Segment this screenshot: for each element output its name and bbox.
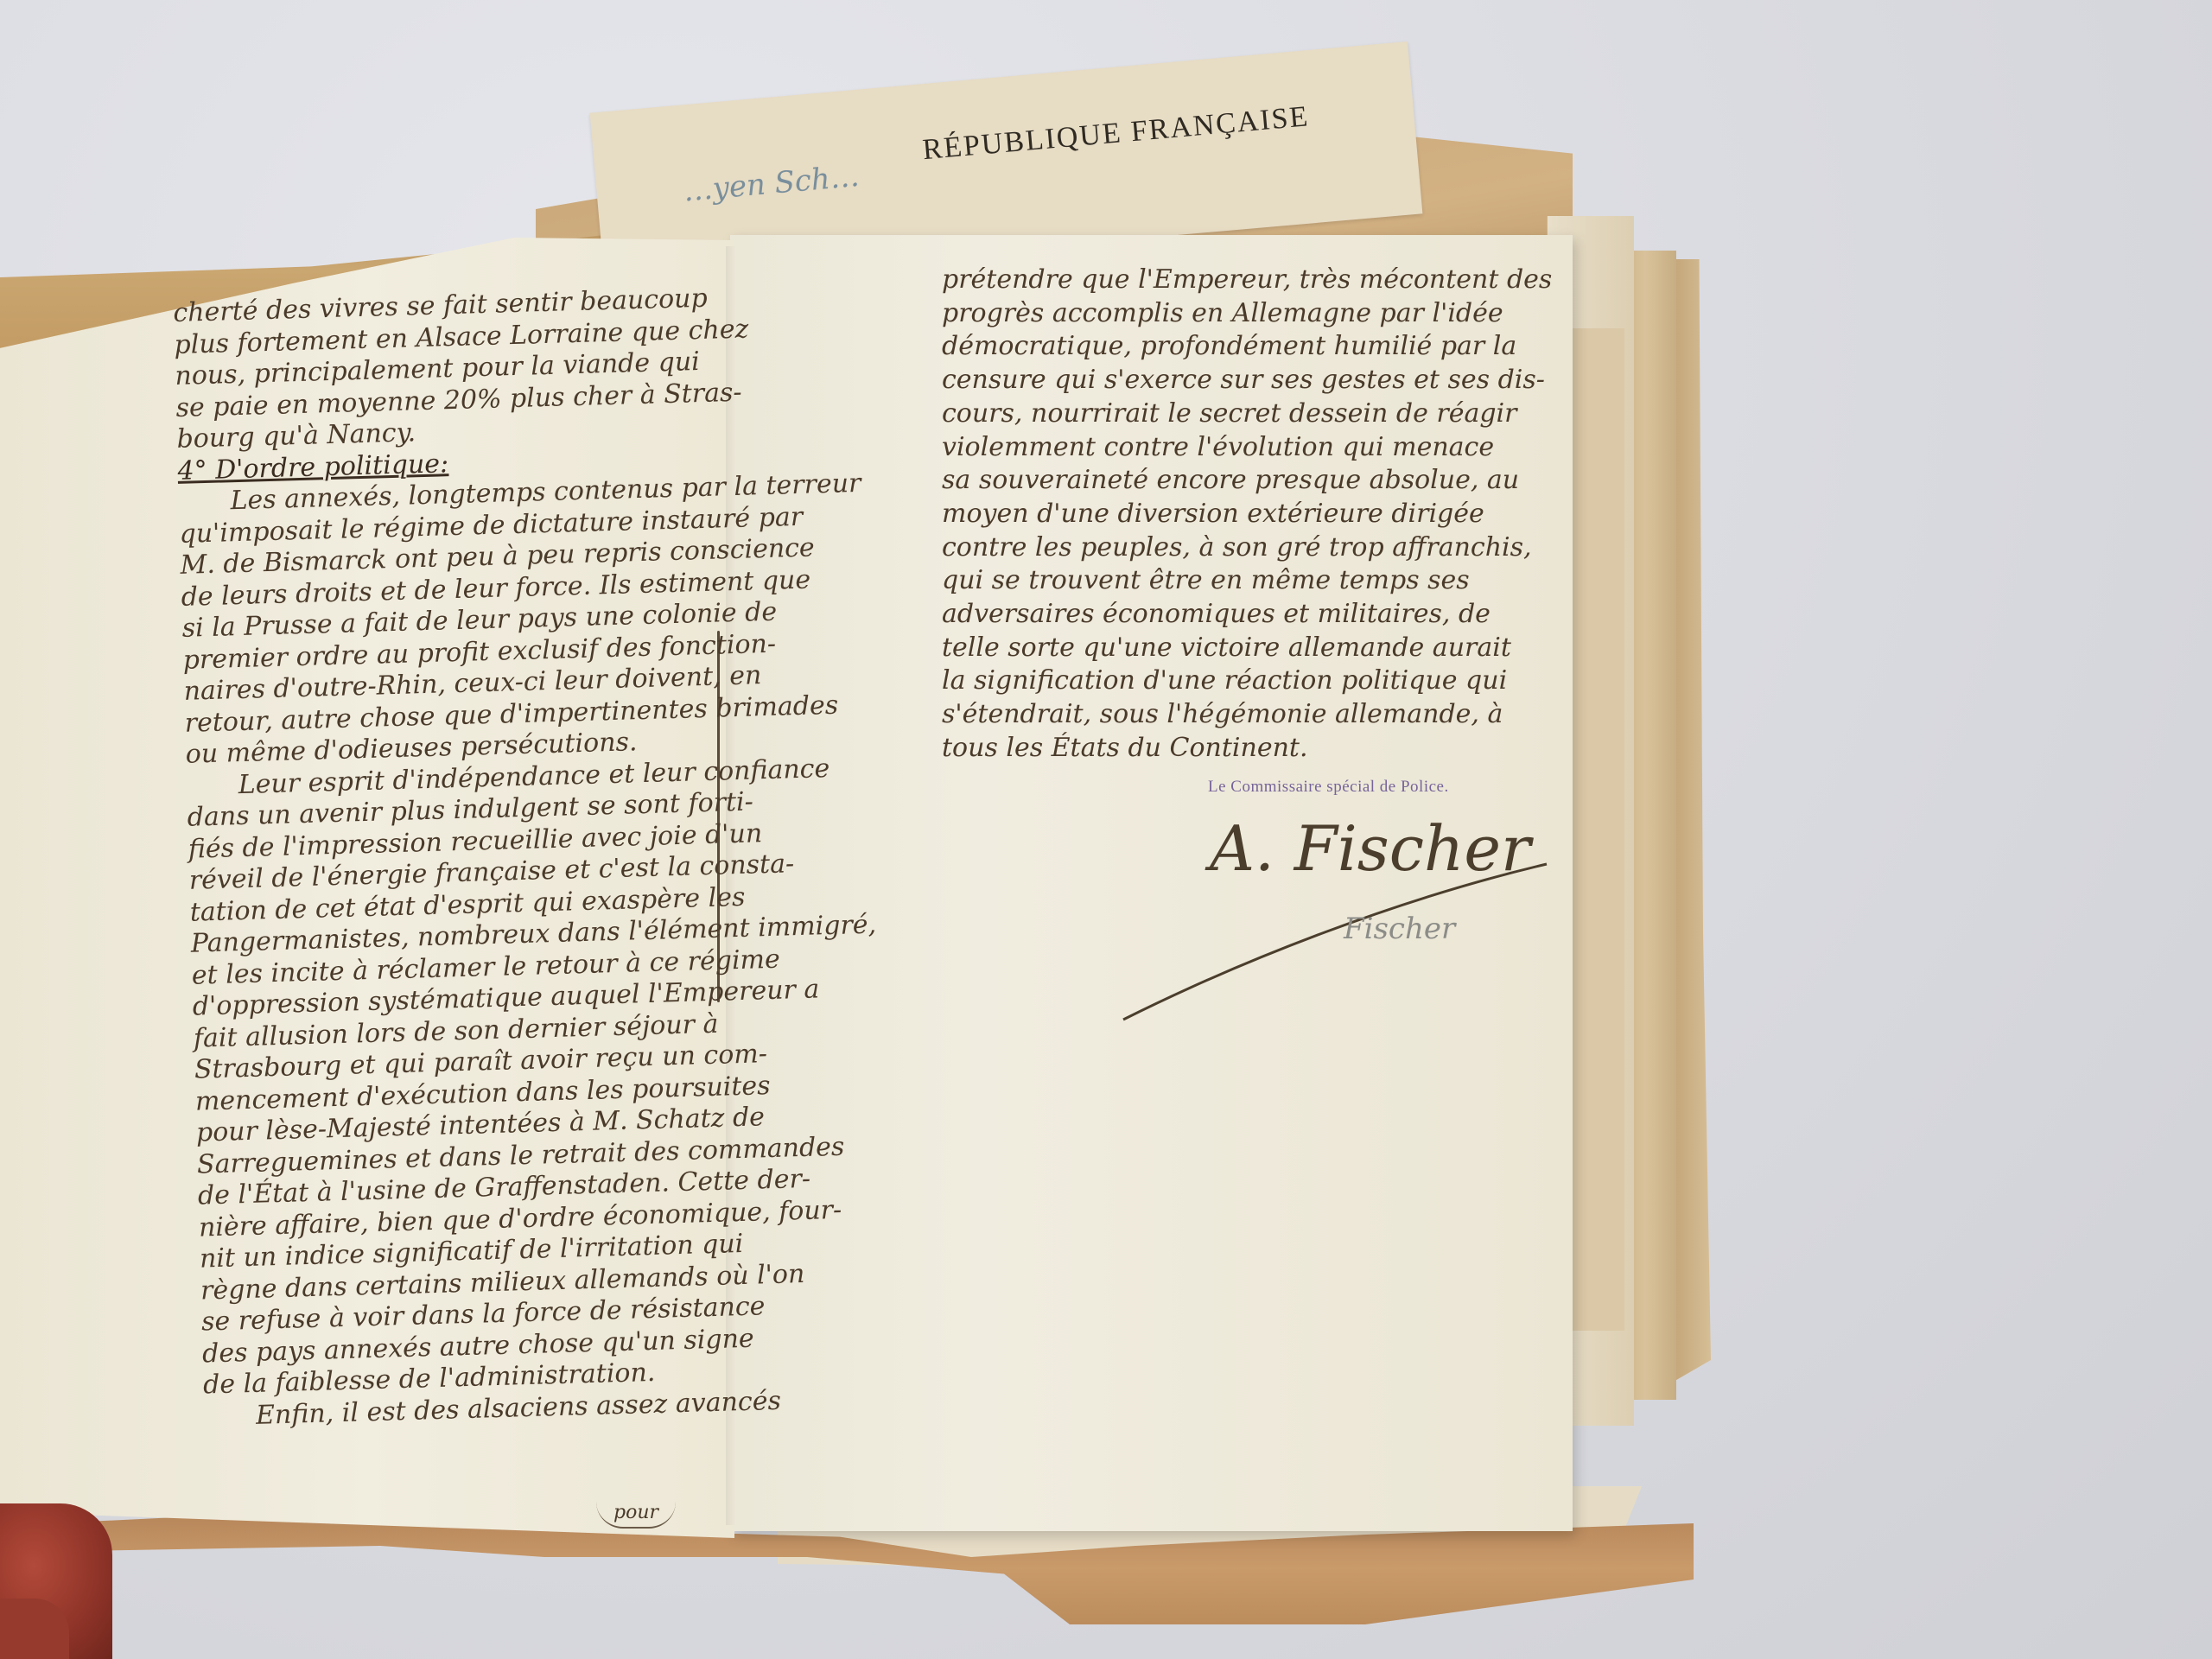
text-line: démocratique, profondément humilié par l… (942, 330, 1529, 364)
text-line: qui se trouvent être en même temps ses (942, 564, 1529, 598)
text-line: telle sorte qu'une victoire allemande au… (942, 632, 1529, 665)
text-line: la signification d'une réaction politiqu… (942, 664, 1529, 698)
text-line: tous les États du Continent. (942, 732, 1529, 766)
text-line: s'étendrait, sous l'hégémonie allemande,… (942, 698, 1529, 732)
pencil-name: Fischer (1344, 912, 1455, 946)
text-line: moyen d'une diversion extérieure dirigée (942, 498, 1529, 531)
signature-flourish (1115, 855, 1564, 1028)
text-line: censure qui s'exerce sur ses gestes et s… (942, 364, 1529, 397)
pencil-annotation: …yen Sch… (682, 159, 861, 209)
text-line: prétendre que l'Empereur, très mécontent… (942, 264, 1529, 297)
text-line: adversaires économiques et militaires, d… (942, 598, 1529, 632)
printed-letterhead: RÉPUBLIQUE FRANÇAISE (921, 100, 1311, 167)
right-page-text: prétendre que l'Empereur, très mécontent… (942, 264, 1529, 766)
left-page-text: cherté des vivres se fait sentir beaucou… (173, 283, 757, 1433)
text-line: contre les peuples, à son gré trop affra… (942, 531, 1529, 565)
text-line: cours, nourrirait le secret dessein de r… (942, 397, 1529, 431)
official-stamp: Le Commissaire spécial de Police. (1208, 778, 1449, 797)
text-line: progrès accomplis en Allemagne par l'idé… (942, 297, 1529, 331)
text-line: violemment contre l'évolution qui menace (942, 431, 1529, 465)
hand-finger (0, 1599, 69, 1659)
text-line: sa souveraineté encore presque absolue, … (942, 464, 1529, 498)
